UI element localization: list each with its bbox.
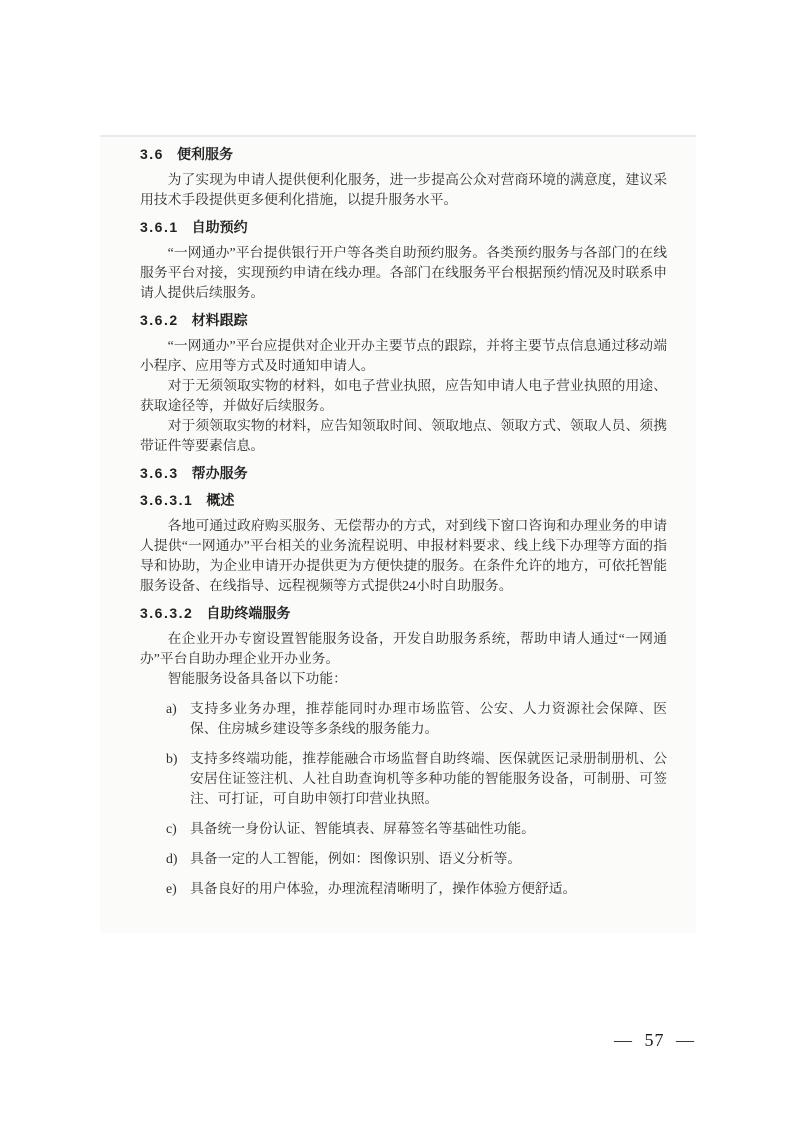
list-item: b) 支持多终端功能，推荐能融合市场监督自助终端、医保就医记录册制册机、公安居住…	[140, 749, 667, 809]
text-column: 3.6便利服务 为了实现为申请人提供便利化服务，进一步提高公众对营商环境的满意度…	[140, 145, 667, 899]
section-number: 3.6.2	[140, 312, 179, 328]
list-item-text: 具备一定的人工智能，例如：图像识别、语义分析等。	[190, 849, 667, 869]
list-marker: b)	[166, 749, 190, 809]
list-marker: a)	[166, 699, 190, 739]
section-title: 概述	[206, 492, 234, 508]
list-marker: d)	[166, 849, 190, 869]
section-title: 自助终端服务	[206, 605, 290, 621]
section-title: 便利服务	[177, 146, 233, 162]
paragraph: “一网通办”平台应提供对企业开办主要节点的跟踪，并将主要节点信息通过移动端小程序…	[140, 336, 667, 376]
section-heading-3-6-2: 3.6.2材料跟踪	[140, 311, 667, 330]
feature-list: a) 支持多业务办理，推荐能同时办理市场监管、公安、人力资源社会保障、医保、住房…	[140, 699, 667, 899]
paragraph: “一网通办”平台提供银行开户等各类自助预约服务。各类预约服务与各部门的在线服务平…	[140, 243, 667, 303]
list-item: d) 具备一定的人工智能，例如：图像识别、语义分析等。	[140, 849, 667, 869]
paragraph: 智能服务设备具备以下功能：	[140, 669, 667, 689]
section-title: 自助预约	[192, 219, 248, 235]
list-item: a) 支持多业务办理，推荐能同时办理市场监管、公安、人力资源社会保障、医保、住房…	[140, 699, 667, 739]
page-content-area: 3.6便利服务 为了实现为申请人提供便利化服务，进一步提高公众对营商环境的满意度…	[100, 135, 696, 933]
list-item: e) 具备良好的用户体验，办理流程清晰明了，操作体验方便舒适。	[140, 879, 667, 899]
section-number: 3.6.3	[140, 465, 179, 481]
paragraph: 为了实现为申请人提供便利化服务，进一步提高公众对营商环境的满意度，建议采用技术手…	[140, 170, 667, 210]
section-title: 材料跟踪	[192, 312, 248, 328]
section-number: 3.6.3.1	[140, 492, 193, 508]
section-heading-3-6-3-1: 3.6.3.1概述	[140, 491, 667, 510]
list-marker: c)	[166, 819, 190, 839]
paragraph: 各地可通过政府购买服务、无偿帮办的方式，对到线下窗口咨询和办理业务的申请人提供“…	[140, 516, 667, 596]
list-item-text: 具备统一身份认证、智能填表、屏幕签名等基础性功能。	[190, 819, 667, 839]
section-heading-3-6-3: 3.6.3帮办服务	[140, 464, 667, 483]
section-heading-3-6-3-2: 3.6.3.2自助终端服务	[140, 604, 667, 623]
section-title: 帮办服务	[192, 465, 248, 481]
list-item-text: 支持多终端功能，推荐能融合市场监督自助终端、医保就医记录册制册机、公安居住证签注…	[190, 749, 667, 809]
paragraph: 对于无须领取实物的材料，如电子营业执照，应告知申请人电子营业执照的用途、获取途径…	[140, 376, 667, 416]
section-heading-3-6: 3.6便利服务	[140, 145, 667, 164]
section-number: 3.6.3.2	[140, 605, 193, 621]
section-number: 3.6	[140, 146, 164, 162]
paragraph: 在企业开办专窗设置智能服务设备，开发自助服务系统，帮助申请人通过“一网通办”平台…	[140, 629, 667, 669]
list-item-text: 具备良好的用户体验，办理流程清晰明了，操作体验方便舒适。	[190, 879, 667, 899]
document-page: 3.6便利服务 为了实现为申请人提供便利化服务，进一步提高公众对营商环境的满意度…	[0, 0, 793, 1122]
page-number: — 57 —	[614, 1029, 695, 1051]
paragraph: 对于须领取实物的材料，应告知领取时间、领取地点、领取方式、领取人员、须携带证件等…	[140, 416, 667, 456]
list-marker: e)	[166, 879, 190, 899]
section-heading-3-6-1: 3.6.1自助预约	[140, 218, 667, 237]
list-item: c) 具备统一身份认证、智能填表、屏幕签名等基础性功能。	[140, 819, 667, 839]
section-number: 3.6.1	[140, 219, 179, 235]
list-item-text: 支持多业务办理，推荐能同时办理市场监管、公安、人力资源社会保障、医保、住房城乡建…	[190, 699, 667, 739]
